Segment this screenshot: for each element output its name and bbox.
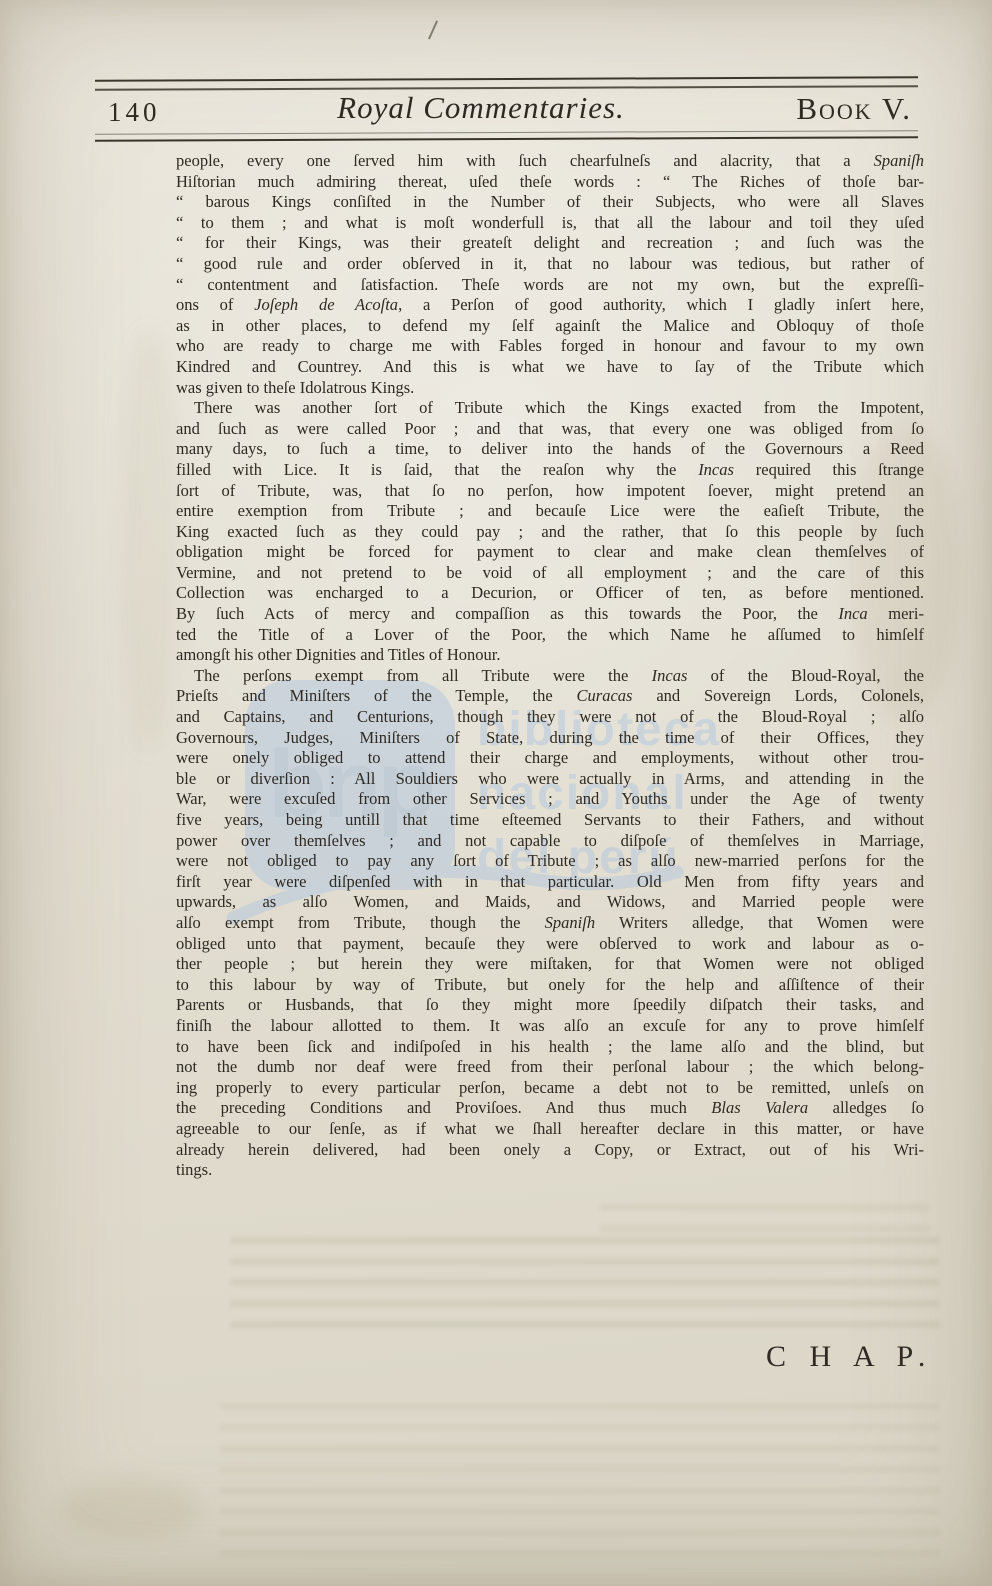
- text-line: was given to theſe Idolatrous Kings.: [176, 378, 924, 399]
- header-rule-bottom-thin: [95, 130, 918, 135]
- text-line: Vermine, and not pretend to be void of a…: [176, 563, 924, 584]
- text-line: ſort of Tribute, was, that ſo no perſon,…: [176, 481, 924, 502]
- book-page-scan: { "header": { "page_number": "140", "run…: [0, 0, 992, 1586]
- text-line: Parents or Husbands, that ſo they might …: [176, 995, 924, 1016]
- text-line: agreeable to our ſenſe, as if what we ſh…: [176, 1119, 924, 1140]
- text-line: many days, to ſuch a time, to deliver in…: [176, 439, 924, 460]
- text-line: and Captains, and Centurions, though the…: [176, 707, 924, 728]
- text-line: not the dumb nor deaf were freed from th…: [176, 1057, 924, 1078]
- text-line: The perſons exempt from all Tribute were…: [176, 666, 924, 687]
- show-through-text: [600, 1196, 930, 1242]
- text-line: upwards, as alſo Women, and Maids, and W…: [176, 892, 924, 913]
- text-line: ted the Title of a Lover of the Poor, th…: [176, 625, 924, 646]
- catchword: C H A P.: [766, 1340, 933, 1374]
- text-line: ther people ; but herein they were miſta…: [176, 954, 924, 975]
- text-line: were onely obliged to attend their charg…: [176, 748, 924, 769]
- text-line: Kindred and Countrey. And this is what w…: [176, 357, 924, 378]
- text-line: “ for their Kings, was their greateſt de…: [176, 233, 924, 254]
- text-line: There was another ſort of Tribute which …: [176, 398, 924, 419]
- text-line: filled with Lice. It is ſaid, that the r…: [176, 460, 924, 481]
- text-line: the preceding Conditions and Proviſoes. …: [176, 1098, 924, 1119]
- text-line: Hiſtorian much admiring thereat, uſed th…: [176, 172, 924, 193]
- body-text: people, every one ſerved him with ſuch c…: [176, 151, 924, 1181]
- text-line: amongſt his other Dignities and Titles o…: [176, 645, 924, 666]
- text-line: were not obliged to pay any ſort of Trib…: [176, 851, 924, 872]
- show-through-text: [230, 1235, 940, 1339]
- header-rule-bottom: [95, 136, 918, 142]
- text-line: War, were excuſed from other Services ; …: [176, 789, 924, 810]
- text-line: “ barous Kings conſiſted in the Number o…: [176, 192, 924, 213]
- text-line: “ contentment and ſatisfaction. Theſe wo…: [176, 275, 924, 296]
- book-label: Book V.: [796, 91, 912, 127]
- text-line: “ good rule and order obſerved in it, th…: [176, 254, 924, 275]
- text-line: and ſuch as were called Poor ; and that …: [176, 419, 924, 440]
- text-line: power over themſelves ; and not capable …: [176, 831, 924, 852]
- paragraph: people, every one ſerved him with ſuch c…: [176, 151, 924, 398]
- header-rule-top-outer: [95, 76, 918, 82]
- text-line: “ to them ; and what is moſt wonderfull …: [176, 213, 924, 234]
- text-line: King exacted ſuch as they could pay ; an…: [176, 522, 924, 543]
- paragraph: There was another ſort of Tribute which …: [176, 398, 924, 666]
- pen-mark: [428, 20, 438, 39]
- text-line: to this labour by way of Tribute, but on…: [176, 975, 924, 996]
- show-through-text: [220, 1392, 940, 1568]
- text-line: who are ready to charge me with Fables f…: [176, 336, 924, 357]
- text-line: people, every one ſerved him with ſuch c…: [176, 151, 924, 172]
- paragraph: The perſons exempt from all Tribute were…: [176, 666, 924, 1181]
- text-line: as in other places, to defend my ſelf ag…: [176, 316, 924, 337]
- text-line: Governours, Judges, Miniſters of State, …: [176, 728, 924, 749]
- text-line: obligation might be forced for payment t…: [176, 542, 924, 563]
- text-line: finiſh the labour allotted to them. It w…: [176, 1016, 924, 1037]
- text-line: to have been ſick and indiſpoſed in his …: [176, 1037, 924, 1058]
- text-line: Prieſts and Miniſters of the Temple, the…: [176, 686, 924, 707]
- text-line: already herein delivered, had been onely…: [176, 1140, 924, 1161]
- text-line: alſo exempt from Tribute, though the Spa…: [176, 913, 924, 934]
- text-line: tings.: [176, 1160, 924, 1181]
- text-line: firſt year were diſpenſed with in that p…: [176, 872, 924, 893]
- text-line: obliged unto that payment, becauſe they …: [176, 934, 924, 955]
- paper-stain: [60, 1480, 200, 1540]
- text-line: Collection was encharged to a Decurion, …: [176, 583, 924, 604]
- text-line: five years, being untill that time eſtee…: [176, 810, 924, 831]
- text-line: By ſuch Acts of mercy and compaſſion as …: [176, 604, 924, 625]
- text-line: ons of Joſeph de Acoſta, a Perſon of goo…: [176, 295, 924, 316]
- text-line: ble or diverſion : All Souldiers who wer…: [176, 769, 924, 790]
- text-line: ing properly to every particular perſon,…: [176, 1078, 924, 1099]
- paper-stain: [120, 330, 180, 750]
- text-line: entire exemption from Tribute ; and beca…: [176, 501, 924, 522]
